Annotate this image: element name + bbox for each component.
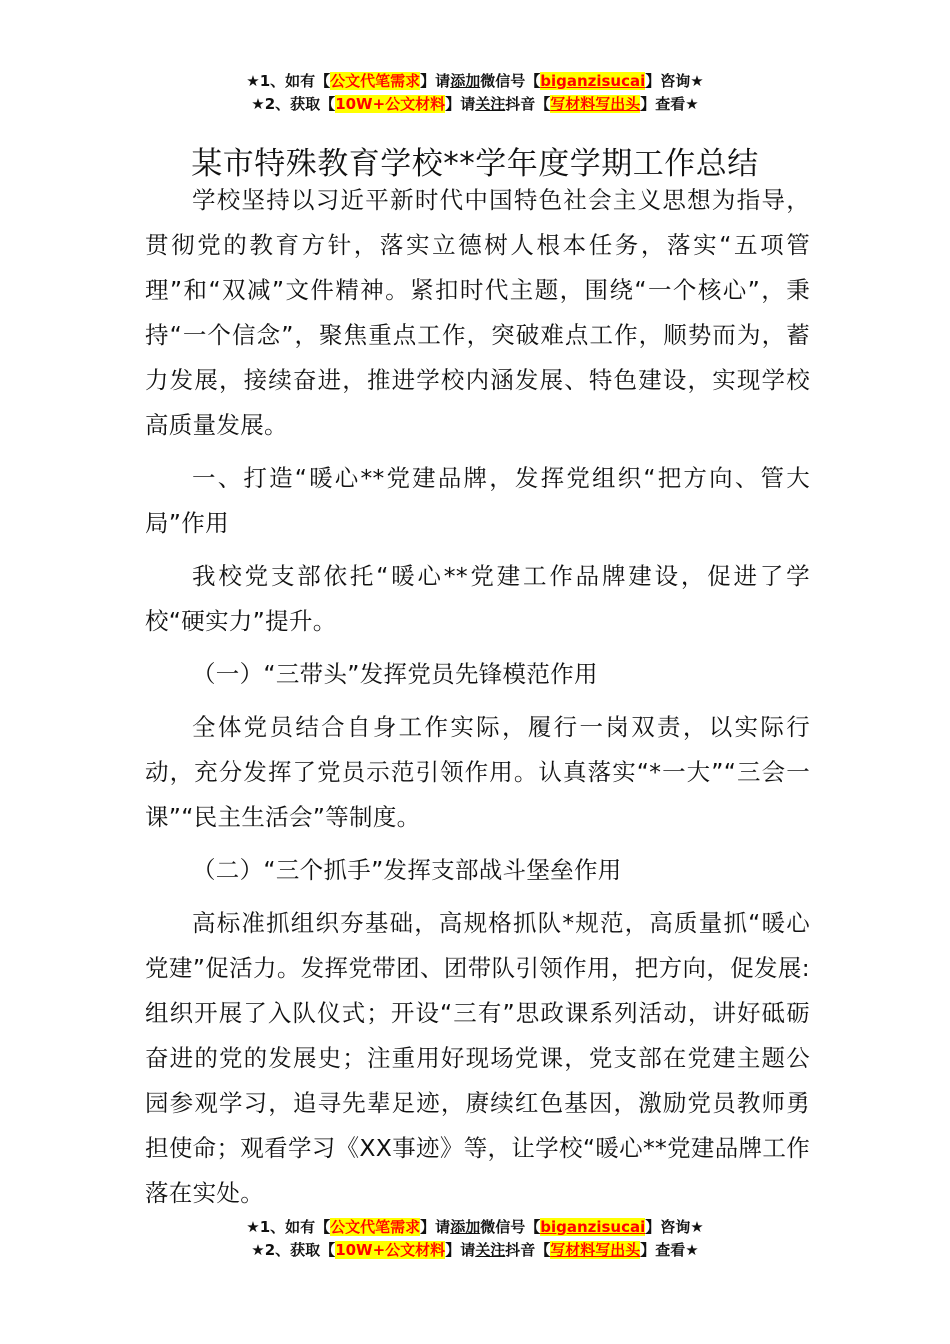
subsection-heading-1: （一）“三带头”发挥党员先锋模范作用 bbox=[145, 652, 810, 697]
promo-line-1: ★1、如有【公文代笔需求】请添加微信号【biganzisucai】咨询★ bbox=[0, 70, 950, 93]
promo-highlight-materials: 10W+公文材料 bbox=[335, 1241, 445, 1259]
promo-line-2: ★2、获取【10W+公文材料】请关注抖音【写材料写出头】查看★ bbox=[0, 1239, 950, 1262]
promo-text: 抖音【 bbox=[505, 1241, 550, 1259]
promo-text: ★1、如有【 bbox=[246, 1218, 330, 1236]
promo-underlined-text: 关注 bbox=[475, 95, 505, 113]
subsection-paragraph-1: 全体党员结合自身工作实际，履行一岗双责，以实际行动，充分发挥了党员示范引领作用。… bbox=[145, 705, 810, 840]
promo-text: 】咨询★ bbox=[645, 72, 703, 90]
promo-underlined-text: 添加 bbox=[450, 1218, 480, 1236]
promo-text: 】请 bbox=[445, 95, 475, 113]
promo-highlight-douyin-id: 写材料写出头 bbox=[550, 1241, 640, 1259]
promo-highlight-wechat-id: biganzisucai bbox=[540, 72, 645, 90]
promo-text: 微信号【 bbox=[480, 1218, 540, 1236]
promo-highlight-materials: 10W+公文材料 bbox=[335, 95, 445, 113]
promo-text: 】请 bbox=[445, 1241, 475, 1259]
promo-text: ★1、如有【 bbox=[246, 72, 330, 90]
promo-text: ★2、获取【 bbox=[251, 95, 335, 113]
promo-line-2: ★2、获取【10W+公文材料】请关注抖音【写材料写出头】查看★ bbox=[0, 93, 950, 116]
promo-text: 】请 bbox=[420, 72, 450, 90]
promo-highlight-wechat-id: biganzisucai bbox=[540, 1218, 645, 1236]
promo-underlined-text: 关注 bbox=[475, 1241, 505, 1259]
promo-text: 】查看★ bbox=[640, 1241, 698, 1259]
document-body: 学校坚持以习近平新时代中国特色社会主义思想为指导，贯彻党的教育方针，落实立德树人… bbox=[145, 178, 810, 1216]
promo-highlight-service: 公文代笔需求 bbox=[330, 72, 420, 90]
document-page: ★1、如有【公文代笔需求】请添加微信号【biganzisucai】咨询★ ★2、… bbox=[0, 0, 950, 1344]
promo-banner-bottom: ★1、如有【公文代笔需求】请添加微信号【biganzisucai】咨询★ ★2、… bbox=[0, 1216, 950, 1262]
subsection-paragraph-2: 高标准抓组织夯基础，高规格抓队*规范，高质量抓“暖心党建”促活力。发挥党带团、团… bbox=[145, 901, 810, 1216]
promo-banner-top: ★1、如有【公文代笔需求】请添加微信号【biganzisucai】咨询★ ★2、… bbox=[0, 70, 950, 116]
promo-text: ★2、获取【 bbox=[251, 1241, 335, 1259]
promo-underlined-text: 添加 bbox=[450, 72, 480, 90]
subsection-heading-2: （二）“三个抓手”发挥支部战斗堡垒作用 bbox=[145, 848, 810, 893]
promo-text: 微信号【 bbox=[480, 72, 540, 90]
promo-text: 】查看★ bbox=[640, 95, 698, 113]
promo-line-1: ★1、如有【公文代笔需求】请添加微信号【biganzisucai】咨询★ bbox=[0, 1216, 950, 1239]
intro-paragraph: 学校坚持以习近平新时代中国特色社会主义思想为指导，贯彻党的教育方针，落实立德树人… bbox=[145, 178, 810, 448]
section-heading-1: 一、打造“暖心**党建品牌，发挥党组织“把方向、管大局”作用 bbox=[145, 456, 810, 546]
section-paragraph: 我校党支部依托“暖心**党建工作品牌建设，促进了学校“硬实力”提升。 bbox=[145, 554, 810, 644]
promo-highlight-service: 公文代笔需求 bbox=[330, 1218, 420, 1236]
promo-text: 】请 bbox=[420, 1218, 450, 1236]
promo-highlight-douyin-id: 写材料写出头 bbox=[550, 95, 640, 113]
promo-text: 】咨询★ bbox=[645, 1218, 703, 1236]
promo-text: 抖音【 bbox=[505, 95, 550, 113]
